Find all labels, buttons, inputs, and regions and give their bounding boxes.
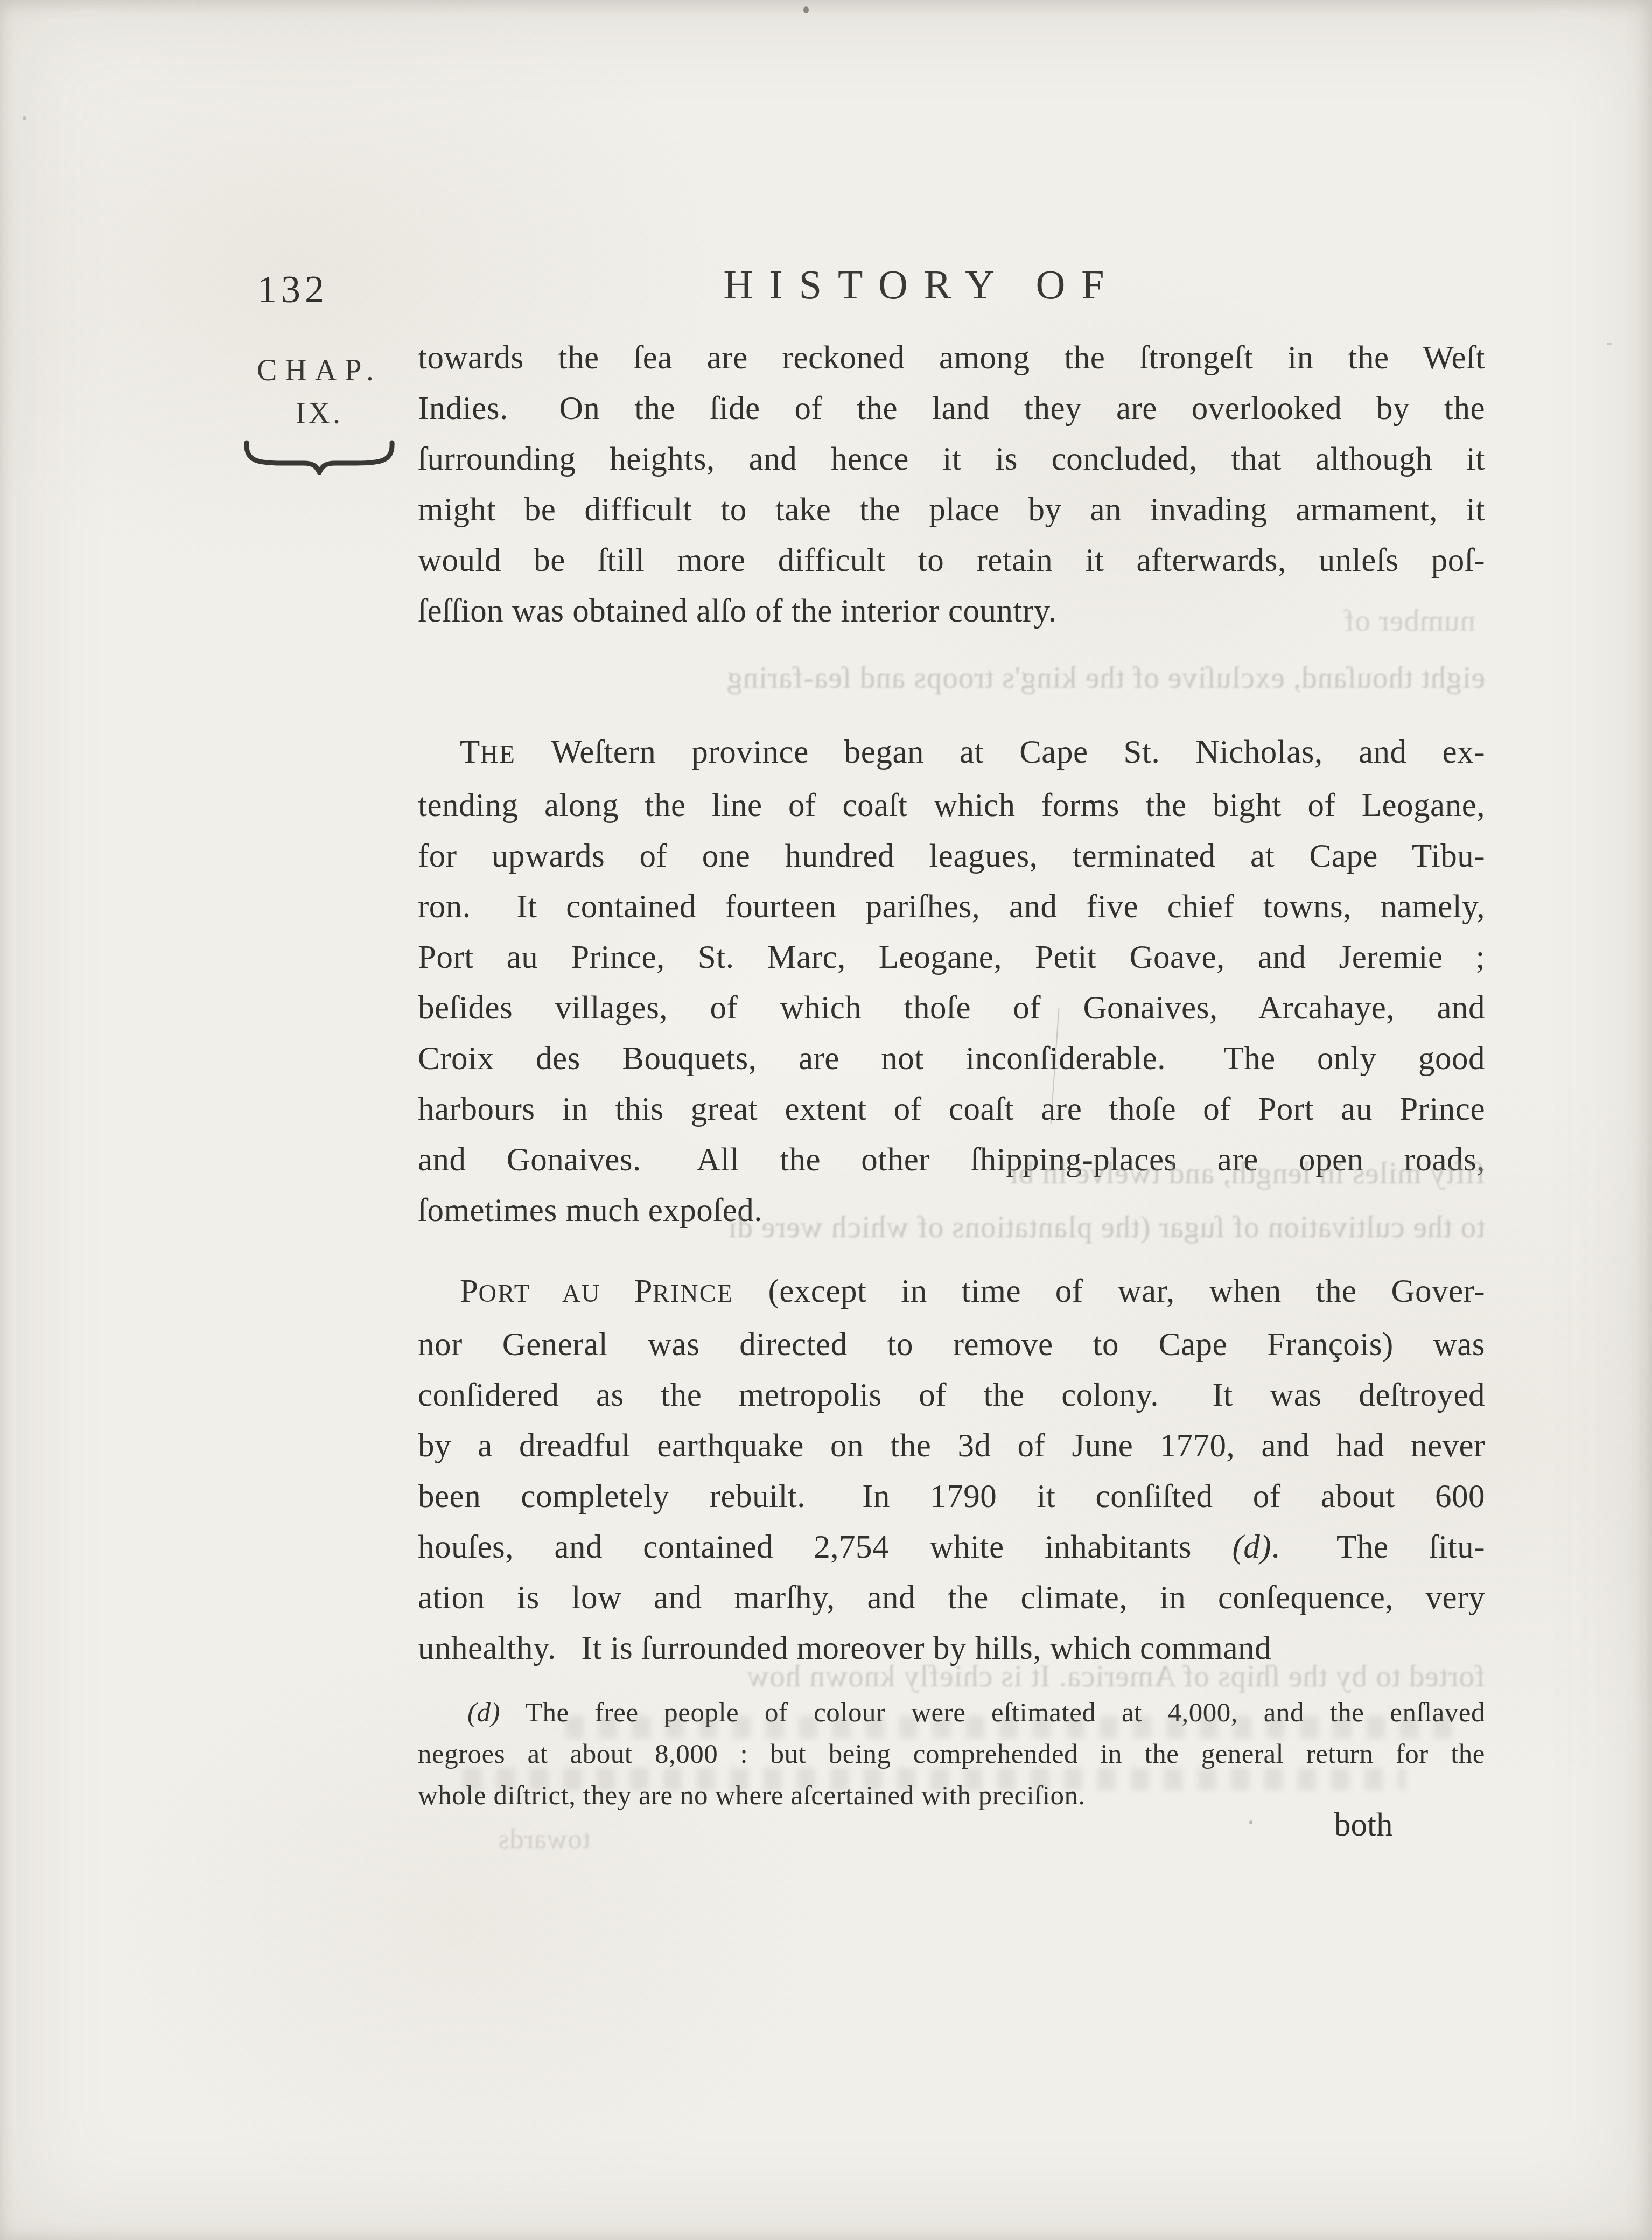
text-line: conſidered as the metropolis of the colo… xyxy=(418,1370,1485,1421)
text-line: ron. It contained fourteen pariſhes, and… xyxy=(418,882,1485,932)
text-line: ation is low and marſhy, and the climate… xyxy=(418,1573,1485,1623)
text-line: Indies. On the ſide of the land they are… xyxy=(418,383,1485,434)
text-run: Weſtern province began at Cape St. Nicho… xyxy=(516,734,1485,770)
italic-run: (d) xyxy=(467,1698,500,1728)
text-line: for upwards of one hundred leagues, term… xyxy=(418,831,1485,882)
main-text-column: towards the ſea are reckoned among the ſ… xyxy=(418,333,1485,1674)
italic-run: (d) xyxy=(1232,1529,1271,1565)
text-run: . The ſitu- xyxy=(1271,1529,1485,1565)
text-line: PORT AU PRINCE (except in time of war, w… xyxy=(418,1266,1485,1320)
text-line: been completely rebuilt. In 1790 it conſ… xyxy=(418,1471,1485,1522)
page-number: 132 xyxy=(257,267,328,312)
text-line: nor General was directed to remove to Ca… xyxy=(418,1320,1485,1370)
text-line: beſides villages, of which thoſe of Gona… xyxy=(418,983,1485,1034)
paragraph: towards the ſea are reckoned among the ſ… xyxy=(418,333,1485,637)
footnote: (d) The free people of colour were eſtim… xyxy=(418,1692,1485,1817)
ink-speck xyxy=(1607,343,1612,345)
text-line: whole diſtrict, they are no where aſcert… xyxy=(418,1775,1485,1817)
text-line: (d) The free people of colour were eſtim… xyxy=(418,1692,1485,1734)
book-page-scan: 132 HISTORY OF CHAP. IX. towards the ſea… xyxy=(0,0,1652,2240)
smallcaps-run: RINCE xyxy=(653,1280,734,1308)
bleedthrough-text: towards xyxy=(429,1824,590,1855)
ink-speck xyxy=(23,116,26,120)
text-run: P xyxy=(460,1273,478,1309)
text-line: would be ſtill more difficult to retain … xyxy=(418,535,1485,586)
catchword: both xyxy=(1334,1806,1392,1844)
text-line: towards the ſea are reckoned among the ſ… xyxy=(418,333,1485,383)
text-run: The free people of colour were eſtimated… xyxy=(500,1698,1485,1728)
text-line: might be difficult to take the place by … xyxy=(418,485,1485,535)
bleedthrough-text: forted to by the ſhips of America. It is… xyxy=(418,1659,1485,1694)
bleedthrough-text: fifty miles in length, and twelve in br xyxy=(727,1156,1485,1191)
text-run: houſes, and contained 2,754 white inhabi… xyxy=(418,1529,1232,1565)
text-run: T xyxy=(460,734,480,770)
text-line: by a dreadful earthquake on the 3d of Ju… xyxy=(418,1421,1485,1471)
bleedthrough-text: eight thouſand, excluſive of the king's … xyxy=(418,660,1485,695)
text-line: houſes, and contained 2,754 white inhabi… xyxy=(418,1522,1485,1573)
bleedthrough-text: to the cultivation of ſugar (the plantat… xyxy=(418,1210,1485,1245)
text-line: negroes at about 8,000 : but being compr… xyxy=(418,1734,1485,1775)
text-line: ſurrounding heights, and hence it is con… xyxy=(418,434,1485,485)
text-line: harbours in this great extent of coaſt a… xyxy=(418,1084,1485,1135)
chapter-margin-note: CHAP. IX. xyxy=(241,353,398,478)
chapter-label: CHAP. xyxy=(241,353,398,388)
bleedthrough-text: number of xyxy=(1152,603,1475,638)
text-run: P xyxy=(634,1273,653,1309)
ink-speck xyxy=(803,6,809,13)
ink-speck xyxy=(1249,1820,1252,1824)
smallcaps-run: HE xyxy=(480,741,516,769)
text-line: Croix des Bouquets, are not inconſiderab… xyxy=(418,1034,1485,1084)
running-title: HISTORY OF xyxy=(723,262,1120,309)
text-line: THE Weſtern province began at Cape St. N… xyxy=(418,727,1485,780)
text-line: Port au Prince, St. Marc, Leogane, Petit… xyxy=(418,932,1485,983)
chapter-brace-icon xyxy=(241,436,398,478)
smallcaps-run: ORT AU xyxy=(478,1280,634,1308)
text-line: tending along the line of coaſt which fo… xyxy=(418,780,1485,831)
paragraph: PORT AU PRINCE (except in time of war, w… xyxy=(418,1266,1485,1674)
chapter-number: IX. xyxy=(241,396,398,431)
text-run: (except in time of war, when the Gover- xyxy=(734,1273,1485,1309)
